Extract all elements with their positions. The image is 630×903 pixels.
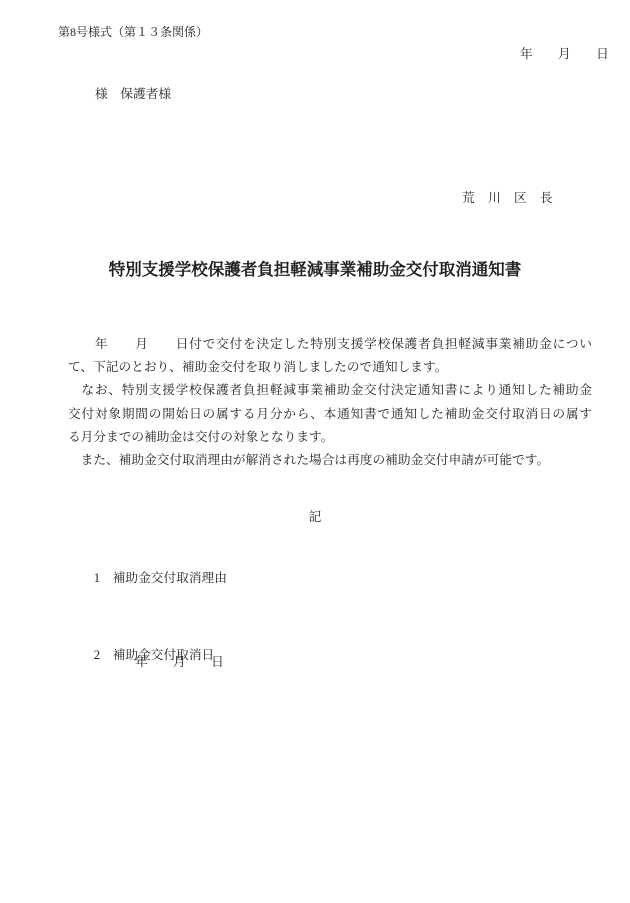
cancellation-date-line: 年 月 日 xyxy=(135,655,224,670)
body-line-3: なお、特別支援学校保護者負担軽減事業補助金交付決定通知書により通知した補助金 xyxy=(68,379,592,402)
record-marker: 記 xyxy=(0,510,630,525)
body-line-1: 年 月 日付で交付を決定した特別支援学校保護者負担軽減事業補助金につい xyxy=(68,333,592,356)
body-text: 年 月 日付で交付を決定した特別支援学校保護者負担軽減事業補助金につい て、下記… xyxy=(68,333,592,472)
document-title: 特別支援学校保護者負担軽減事業補助金交付取消通知書 xyxy=(0,260,630,280)
document-page: 第8号様式（第１３条関係） 年 月 日 様 保護者様 荒 川 区 長 特別支援学… xyxy=(0,0,630,903)
item-1-label: 補助金交付取消理由 xyxy=(113,571,227,585)
form-number: 第8号様式（第１３条関係） xyxy=(58,26,208,40)
item-2-number: 2 xyxy=(94,648,100,662)
recipient-line: 様 保護者様 xyxy=(95,87,171,102)
issue-date-line: 年 月 日 xyxy=(520,47,609,62)
body-line-6: また、補助金交付取消理由が解消された場合は再度の補助金交付申請が可能です。 xyxy=(68,449,592,472)
item-1-number: 1 xyxy=(94,571,100,585)
body-line-5: る月分までの補助金は交付の対象となります。 xyxy=(68,426,592,449)
list-item-cancellation-reason: 1補助金交付取消理由 xyxy=(81,556,227,600)
body-line-4: 交付対象期間の開始日の属する月分から、本通知書で通知した補助金交付取消日の属す xyxy=(68,403,592,426)
body-line-2: て、下記のとおり、補助金交付を取り消しましたので通知します。 xyxy=(68,356,592,379)
sender-title: 荒 川 区 長 xyxy=(462,191,553,206)
